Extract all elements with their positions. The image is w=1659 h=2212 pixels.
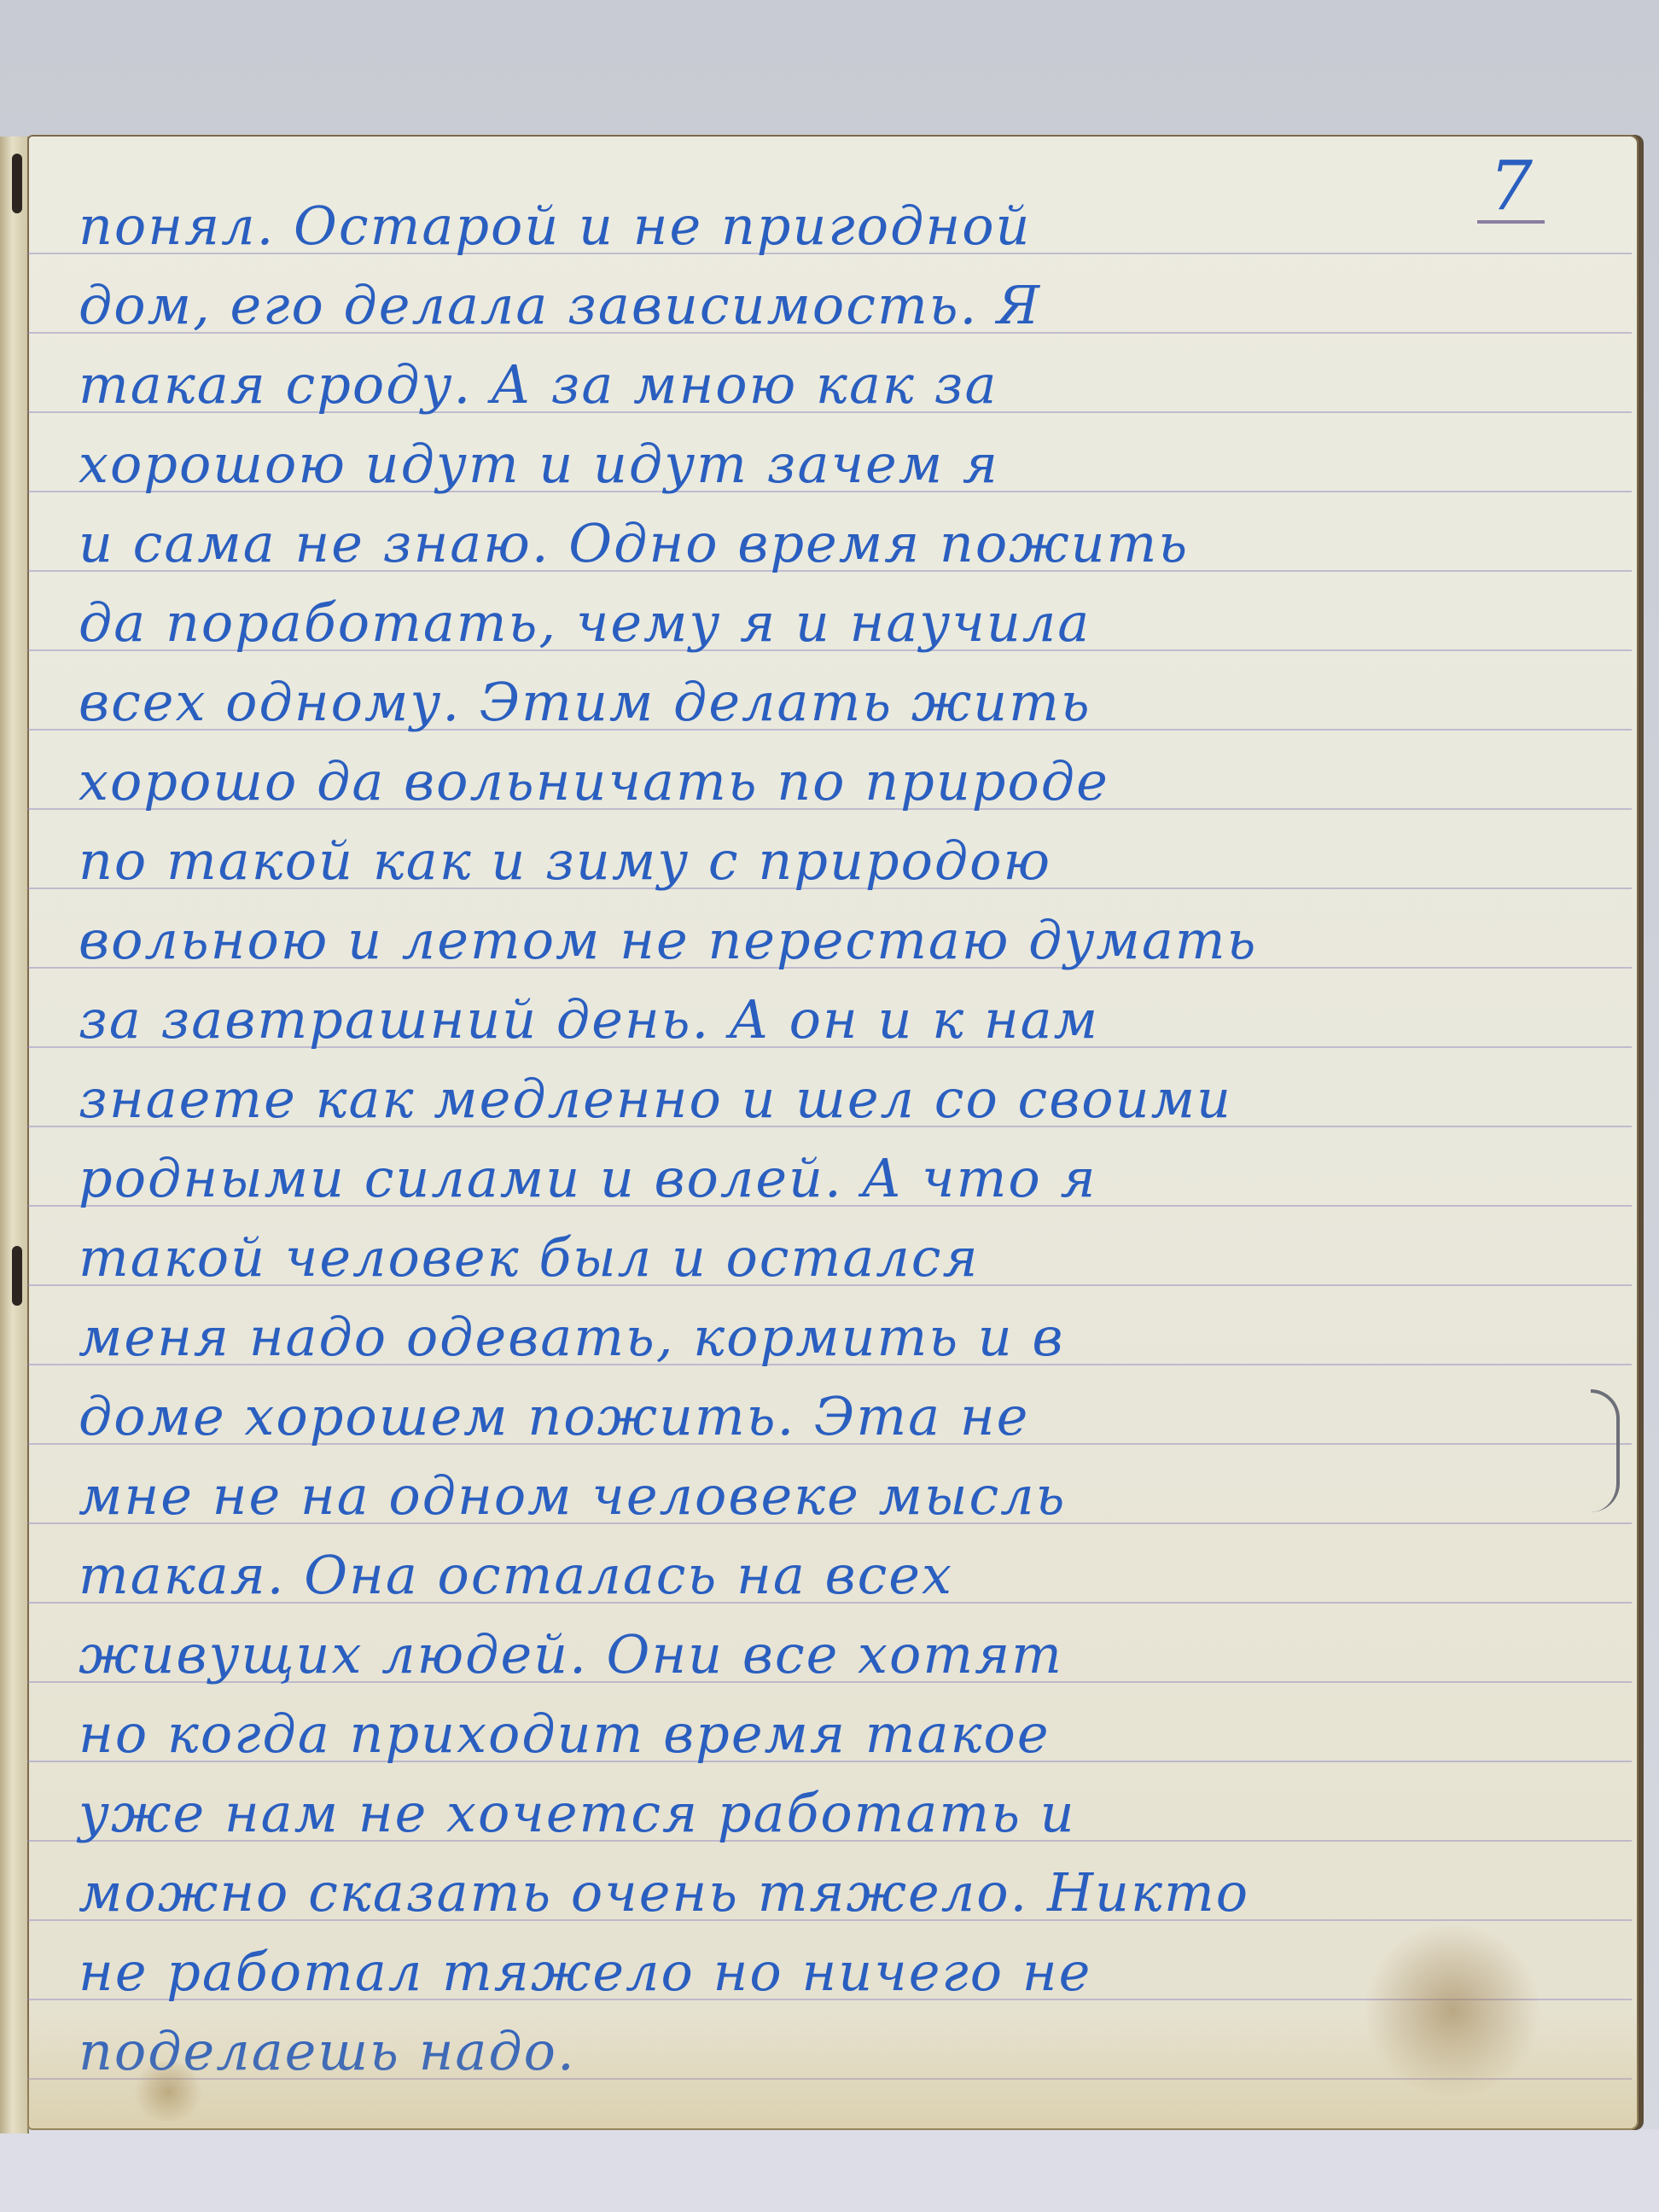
text-line: всех одному. Этим делать жить (79, 662, 1587, 742)
text-line: за завтрашний день. А он и к нам (79, 980, 1587, 1059)
text-line: такая сроду. А за мною как за (79, 345, 1587, 424)
handwritten-text: понял. Остарой и не пригоднойдом, его де… (79, 186, 1587, 2091)
text-line: родными силами и волей. А что я (79, 1138, 1587, 1218)
text-line: такой человек был и остался (79, 1218, 1587, 1297)
text-line: понял. Остарой и не пригодной (79, 186, 1587, 265)
notebook-page: 7 понял. Остарой и не пригоднойдом, его … (27, 135, 1639, 2130)
text-line: такая. Она осталась на всех (79, 1535, 1587, 1615)
text-line: хорошою идут и идут зачем я (79, 424, 1587, 504)
pencil-bracket-mark (1591, 1389, 1620, 1512)
notebook-spine (0, 137, 29, 2133)
text-line: меня надо одевать, кормить и в (79, 1297, 1587, 1377)
photo-backdrop (0, 2129, 1659, 2212)
text-line: не работал тяжело но ничего не (79, 1932, 1587, 2011)
ruled-line (27, 2078, 1632, 2080)
text-line: уже нам не хочется работать и (79, 1773, 1587, 1853)
text-line: дом, его делала зависимость. Я (79, 265, 1587, 345)
text-line: по такой как и зиму с природою (79, 821, 1587, 900)
binding-mark (12, 1246, 22, 1306)
text-line: мне не на одном человеке мысль (79, 1456, 1587, 1535)
text-line: вольною и летом не перестаю думать (79, 900, 1587, 980)
text-line: доме хорошем пожить. Эта не (79, 1377, 1587, 1456)
text-line: хорошо да вольничать по природе (79, 742, 1587, 821)
text-line: можно сказать очень тяжело. Никто (79, 1853, 1587, 1932)
text-line: живущих людей. Они все хотят (79, 1615, 1587, 1694)
text-line: поделаешь надо. (79, 2011, 1587, 2091)
text-line: да поработать, чему я и научила (79, 583, 1587, 662)
text-line: но когда приходит время такое (79, 1694, 1587, 1773)
text-line: и сама не знаю. Одно время пожить (79, 504, 1587, 583)
binding-mark (12, 154, 22, 213)
text-line: знаете как медленно и шел со своими (79, 1059, 1587, 1138)
paper-stain (130, 2062, 207, 2122)
